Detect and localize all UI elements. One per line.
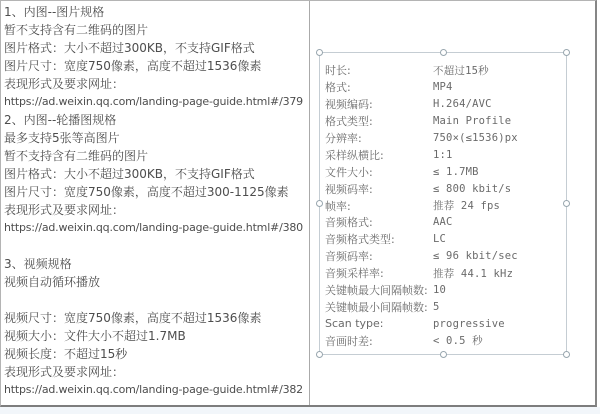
spec-row-value: 750×(≤1536)px xyxy=(433,132,518,144)
spec-text-line: 视频自动循环播放 xyxy=(4,273,307,291)
spec-text-line: 暂不支持含有二维码的图片 xyxy=(4,21,307,39)
spec-row: 视频编码:H.264/AVC xyxy=(325,96,562,113)
spec-text-line: 1、内图--图片规格 xyxy=(4,3,307,21)
spec-url-text: https://ad.weixin.qq.com/landing-page-gu… xyxy=(4,219,307,237)
spec-row-label: 音频格式类型: xyxy=(325,231,433,247)
resize-handle-top-left[interactable] xyxy=(316,49,323,56)
left-spec-cell: 1、内图--图片规格暂不支持含有二维码的图片图片格式：大小不超过300KB，不支… xyxy=(1,1,310,405)
spec-row-value: AAC xyxy=(433,216,453,228)
spec-row-label: 时长: xyxy=(325,62,433,78)
resize-handle-bottom-right[interactable] xyxy=(563,351,570,358)
spec-row-label: 音频码率: xyxy=(325,248,433,264)
spec-row: 分辨率:750×(≤1536)px xyxy=(325,130,562,147)
spec-row-value: ≤ 96 kbit/sec xyxy=(433,250,518,262)
spec-row-label: Scan type: xyxy=(325,317,433,330)
spec-row-value: Main Profile xyxy=(433,115,511,127)
spec-row-label: 采样纵横比: xyxy=(325,147,433,163)
spec-row-label: 音频格式: xyxy=(325,214,433,230)
spec-row-label: 音画时差: xyxy=(325,333,433,349)
spec-row: 音画时差:< 0.5 秒 xyxy=(325,332,562,349)
spec-row-label: 音频采样率: xyxy=(325,265,433,281)
spec-row: 格式:MP4 xyxy=(325,79,562,96)
resize-handle-middle-right[interactable] xyxy=(563,200,570,207)
spec-row-value: ≤ 800 kbit/s xyxy=(433,183,511,195)
spec-row: 音频码率:≤ 96 kbit/sec xyxy=(325,248,562,265)
spec-text-line: 图片格式：大小不超过300KB，不支持GIF格式 xyxy=(4,39,307,57)
spec-text-line: 2、内图--轮播图规格 xyxy=(4,111,307,129)
spec-row: 格式类型:Main Profile xyxy=(325,113,562,130)
spec-row-label: 分辨率: xyxy=(325,130,433,146)
spec-row-value: < 0.5 秒 xyxy=(433,333,483,348)
spec-url-text: https://ad.weixin.qq.com/landing-page-gu… xyxy=(4,93,307,111)
right-spec-cell: 时长:不超过15秒格式:MP4视频编码:H.264/AVC格式类型:Main P… xyxy=(311,1,595,405)
spec-row: 关键帧最大间隔帧数:10 xyxy=(325,282,562,299)
spec-row: 时长:不超过15秒 xyxy=(325,62,562,79)
spec-row-label: 格式: xyxy=(325,79,433,95)
spec-row-label: 视频码率: xyxy=(325,181,433,197)
spec-row-value: 5 xyxy=(433,301,440,313)
spec-row: 文件大小:≤ 1.7MB xyxy=(325,163,562,180)
spec-row: 音频格式类型:LC xyxy=(325,231,562,248)
document-page: 1、内图--图片规格暂不支持含有二维码的图片图片格式：大小不超过300KB，不支… xyxy=(0,0,600,414)
spec-row-value: 1:1 xyxy=(433,149,453,161)
spec-row-value: ≤ 1.7MB xyxy=(433,166,479,178)
resize-handle-bottom-center[interactable] xyxy=(440,351,447,358)
spec-text-line: 视频尺寸：宽度750像素，高度不超过1536像素 xyxy=(4,309,307,327)
spec-row-label: 视频编码: xyxy=(325,96,433,112)
spec-text-line: 暂不支持含有二维码的图片 xyxy=(4,147,307,165)
spec-text-line: 表现形式及要求网址： xyxy=(4,201,307,219)
blank-line xyxy=(4,291,307,309)
spec-row: 关键帧最小间隔帧数:5 xyxy=(325,298,562,315)
spec-row-value: H.264/AVC xyxy=(433,98,492,110)
spec-text-line: 图片尺寸：宽度750像素，高度不超过300-1125像素 xyxy=(4,183,307,201)
page-background-strip xyxy=(0,407,600,414)
spec-row-value: progressive xyxy=(433,318,505,330)
spec-text-line: 3、视频规格 xyxy=(4,255,307,273)
spec-row-label: 关键帧最小间隔帧数: xyxy=(325,299,433,315)
spec-row-label: 格式类型: xyxy=(325,113,433,129)
spec-row-value: 推荐 44.1 kHz xyxy=(433,266,513,281)
spec-table: 1、内图--图片规格暂不支持含有二维码的图片图片格式：大小不超过300KB，不支… xyxy=(0,0,597,407)
video-spec-image: 时长:不超过15秒格式:MP4视频编码:H.264/AVC格式类型:Main P… xyxy=(320,53,566,354)
spec-text-line: 视频长度：不超过15秒 xyxy=(4,345,307,363)
spec-text-line: 最多支持5张等高图片 xyxy=(4,129,307,147)
resize-handle-bottom-left[interactable] xyxy=(316,351,323,358)
spec-row: 音频格式:AAC xyxy=(325,214,562,231)
spec-row-value: 推荐 24 fps xyxy=(433,198,500,213)
spec-url-text: https://ad.weixin.qq.com/landing-page-gu… xyxy=(4,381,307,399)
spec-text-line: 视频大小：文件大小不超过1.7MB xyxy=(4,327,307,345)
spec-row-value: LC xyxy=(433,233,446,245)
spec-row-label: 关键帧最大间隔帧数: xyxy=(325,282,433,298)
resize-handle-top-right[interactable] xyxy=(563,49,570,56)
spec-row-value: 不超过15秒 xyxy=(433,63,489,78)
spec-row-label: 帧率: xyxy=(325,198,433,214)
spec-row-label: 文件大小: xyxy=(325,164,433,180)
resize-handle-middle-left[interactable] xyxy=(316,200,323,207)
spec-row-value: MP4 xyxy=(433,81,453,93)
spec-text-line: 表现形式及要求网址： xyxy=(4,363,307,381)
spec-row: Scan type:progressive xyxy=(325,315,562,332)
spec-row: 采样纵横比:1:1 xyxy=(325,146,562,163)
blank-line xyxy=(4,237,307,255)
spec-row: 视频码率:≤ 800 kbit/s xyxy=(325,180,562,197)
spec-text-line: 表现形式及要求网址： xyxy=(4,75,307,93)
spec-text-line: 图片格式：大小不超过300KB，不支持GIF格式 xyxy=(4,165,307,183)
resize-handle-top-center[interactable] xyxy=(440,49,447,56)
spec-row-value: 10 xyxy=(433,284,446,296)
selected-image-frame[interactable]: 时长:不超过15秒格式:MP4视频编码:H.264/AVC格式类型:Main P… xyxy=(319,52,567,355)
spec-text-line: 图片尺寸：宽度750像素，高度不超过1536像素 xyxy=(4,57,307,75)
spec-row: 音频采样率:推荐 44.1 kHz xyxy=(325,265,562,282)
spec-row: 帧率:推荐 24 fps xyxy=(325,197,562,214)
